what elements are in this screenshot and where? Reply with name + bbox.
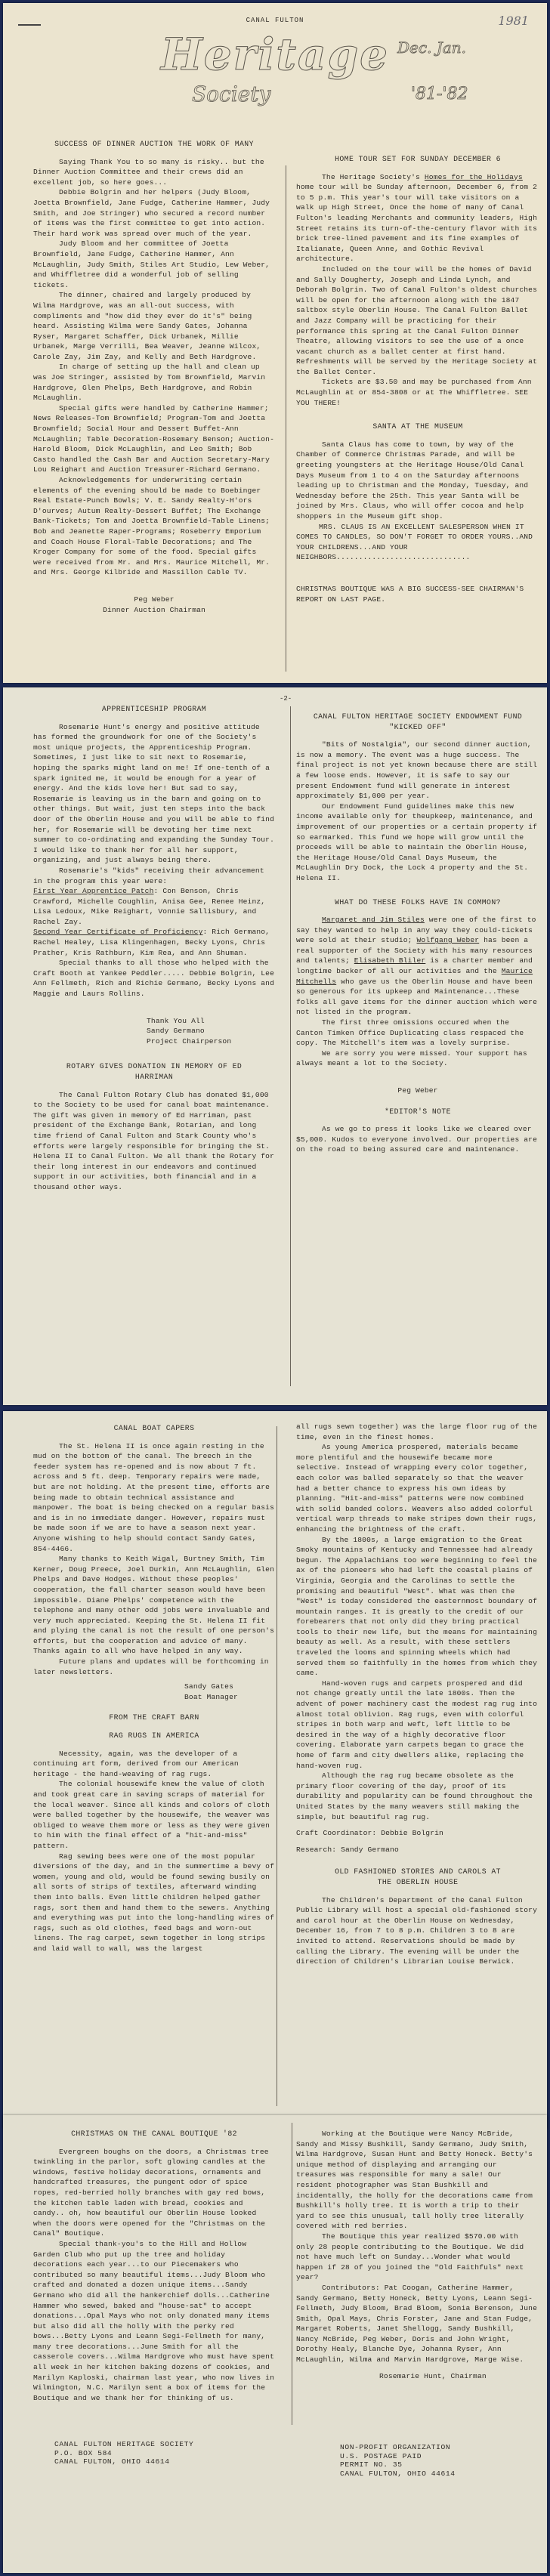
paragraph: The colonial housewife knew the value of…	[33, 1779, 275, 1851]
donor-name: Wolfgang Weber	[417, 936, 480, 944]
article-heading: FROM THE CRAFT BARN	[33, 1713, 275, 1723]
home-tour-article: HOME TOUR SET FOR SUNDAY DECEMBER 6 The …	[296, 147, 539, 604]
canal-boat-article: CANAL BOAT CAPERS The St. Helena II is o…	[33, 1416, 275, 1954]
paragraph: The Children's Department of the Canal F…	[296, 1895, 539, 1967]
paragraph: Margaret and Jim Stiles were one of the …	[296, 915, 539, 1018]
paragraph: As young America prospered, materials be…	[296, 1442, 539, 1534]
postage-line: CANAL FULTON, OHIO 44614	[340, 2469, 456, 2479]
signature-name: Peg Weber	[296, 1086, 539, 1096]
donor-name: Margaret and Jim Stiles	[322, 916, 425, 924]
article-heading: WHAT DO THESE FOLKS HAVE IN COMMON?	[296, 897, 539, 908]
paragraph: The Heritage Society's Homes for the Hol…	[296, 172, 539, 264]
signature-title: Boat Manager	[184, 1692, 275, 1703]
paragraph: MRS. CLAUS IS AN EXCELLENT SALESPERSON W…	[296, 522, 539, 563]
signature-block: Sandy Gates Boat Manager	[33, 1682, 275, 1702]
credit-line: Research: Sandy Germano	[296, 1845, 539, 1855]
article-heading: HOME TOUR SET FOR SUNDAY DECEMBER 6	[296, 154, 539, 165]
paragraph: Tickets are $3.50 and may be purchased f…	[296, 377, 539, 408]
paragraph: Included on the tour will be the homes o…	[296, 264, 539, 378]
paragraph: Necessity, again, was the developer of a…	[33, 1749, 275, 1780]
paragraph: The Canal Fulton Rotary Club has donated…	[33, 1090, 275, 1193]
dinner-auction-article: SUCCESS OF DINNER AUCTION THE WORK OF MA…	[33, 131, 275, 615]
paragraph: The St. Helena II is once again resting …	[33, 1441, 275, 1555]
newsletter-page-4: CHRISTMAS ON THE CANAL BOUTIQUE '82 Ever…	[3, 2115, 547, 2573]
paragraph: Our Endowment Fund guidelines make this …	[296, 802, 539, 884]
donor-name: Elisabeth Bliler	[354, 956, 426, 965]
paragraph: CHRISTMAS BOUTIQUE WAS A BIG SUCCESS-SEE…	[296, 584, 539, 604]
event-name: Homes for the Holidays	[425, 173, 523, 181]
column-divider	[286, 165, 286, 672]
paragraph: all rugs sewn together) was the large fl…	[296, 1422, 539, 1442]
endowment-article: CANAL FULTON HERITAGE SOCIETY ENDOWMENT …	[296, 704, 539, 1155]
paragraph: Second Year Certificate of Proficiency: …	[33, 927, 275, 958]
apprenticeship-article: APPRENTICESHIP PROGRAM Rosemarie Hunt's …	[33, 697, 275, 1193]
paragraph: Contributors: Pat Coogan, Catherine Hamm…	[296, 2283, 539, 2365]
paragraph: Future plans and updates will be forthco…	[33, 1657, 275, 1677]
credit-line: Craft Coordinator: Debbie Bolgrin	[296, 1828, 539, 1839]
boutique-article-continued: Working at the Boutique were Nancy McBri…	[296, 2129, 539, 2381]
signature-name: Peg Weber	[33, 595, 275, 605]
paragraph: Many thanks to Keith Wigal, Burtney Smit…	[33, 1554, 275, 1657]
signature-block: Peg Weber Dinner Auction Chairman	[33, 595, 275, 615]
paragraph: Rag sewing bees were one of the most pop…	[33, 1852, 275, 1954]
newsletter-page-2: -2- APPRENTICESHIP PROGRAM Rosemarie Hun…	[3, 687, 547, 1405]
masthead-issue-months: Dec. Jan.	[397, 39, 466, 56]
paragraph: Rosemarie's "kids" receiving their advan…	[33, 866, 275, 886]
signature-closing: Thank You All	[147, 1016, 275, 1027]
paragraph: Evergreen boughs on the doors, a Christm…	[33, 2147, 275, 2239]
address-line: P.O. BOX 584	[54, 2449, 193, 2458]
paragraph: "Bits of Nostalgia", our second dinner a…	[296, 740, 539, 802]
postage-line: U.S. POSTAGE PAID	[340, 2452, 456, 2461]
paragraph: Special gifts were handled by Catherine …	[33, 403, 275, 475]
masthead-issue-year: '81-'82	[411, 85, 468, 103]
paragraph: Hand-woven rugs and carpets prospered an…	[296, 1679, 539, 1771]
paragraph: Working at the Boutique were Nancy McBri…	[296, 2129, 539, 2232]
column-divider	[277, 1426, 277, 2106]
address-line: CANAL FULTON HERITAGE SOCIETY	[54, 2440, 193, 2449]
article-heading: CANAL BOAT CAPERS	[33, 1423, 275, 1434]
boutique-article: CHRISTMAS ON THE CANAL BOUTIQUE '82 Ever…	[33, 2121, 275, 2403]
handwritten-year: 1981	[498, 14, 529, 28]
paragraph: By the 1800s, a large emigration to the …	[296, 1535, 539, 1679]
address-line: CANAL FULTON, OHIO 44614	[54, 2457, 193, 2466]
return-address: CANAL FULTON HERITAGE SOCIETY P.O. BOX 5…	[54, 2440, 193, 2466]
masthead-subtitle: Society	[192, 82, 270, 107]
signature-name: Rosemarie Hunt, Chairman	[296, 2371, 539, 2382]
article-heading: *EDITOR'S NOTE	[296, 1107, 539, 1117]
paragraph: Special thanks to all those who helped w…	[33, 958, 275, 999]
newsletter-page-1: CANAL FULTON 1981 Heritage Dec. Jan. Soc…	[3, 3, 547, 683]
paragraph: As we go to press it looks like we clear…	[296, 1124, 539, 1155]
rag-rugs-continued: all rugs sewn together) was the large fl…	[296, 1422, 539, 1967]
newsletter-page-3: CANAL BOAT CAPERS The St. Helena II is o…	[3, 1411, 547, 2129]
paragraph: Judy Bloom and her committee of Joetta B…	[33, 239, 275, 290]
paragraph: Debbie Bolgrin and her helpers (Judy Blo…	[33, 187, 275, 239]
column-divider	[292, 2123, 292, 2425]
paragraph: The dinner, chaired and largely produced…	[33, 290, 275, 362]
paragraph: First Year Apprentice Patch: Con Benson,…	[33, 886, 275, 927]
article-heading: ROTARY GIVES DONATION IN MEMORY OF ED HA…	[33, 1061, 275, 1082]
signature-title: Dinner Auction Chairman	[33, 605, 275, 616]
article-heading: CANAL FULTON HERITAGE SOCIETY ENDOWMENT …	[296, 712, 539, 732]
paragraph: Saying Thank You to so many is risky.. b…	[33, 157, 275, 188]
award-label: First Year Apprentice Patch	[33, 887, 154, 895]
article-heading: OLD FASHIONED STORIES AND CAROLS AT THE …	[296, 1867, 539, 1887]
paragraph: Special thank-you's to the Hill and Holl…	[33, 2239, 275, 2404]
article-heading: CHRISTMAS ON THE CANAL BOUTIQUE '82	[33, 2129, 275, 2139]
paragraph: Acknowledgements for underwriting certai…	[33, 475, 275, 578]
signature-title: Project Chairperson	[147, 1036, 275, 1047]
paragraph: Although the rag rug became obsolete as …	[296, 1771, 539, 1822]
article-subheading: RAG RUGS IN AMERICA	[33, 1731, 275, 1741]
postage-line: NON-PROFIT ORGANIZATION	[340, 2443, 456, 2452]
postage-line: PERMIT NO. 35	[340, 2460, 456, 2469]
page-number: -2-	[280, 695, 292, 703]
paragraph: Santa Claus has come to town, by way of …	[296, 440, 539, 522]
column-divider	[290, 706, 291, 1386]
signature-name: Sandy Germano	[147, 1026, 275, 1036]
article-heading: APPRENTICESHIP PROGRAM	[33, 704, 275, 715]
typed-mark	[18, 24, 41, 26]
article-heading: SUCCESS OF DINNER AUCTION THE WORK OF MA…	[33, 139, 275, 150]
paragraph: The Boutique this year realized $570.00 …	[296, 2232, 539, 2283]
paragraph: In charge of setting up the hall and cle…	[33, 362, 275, 403]
paragraph: Rosemarie Hunt's energy and positive att…	[33, 722, 275, 866]
postage-indicia: NON-PROFIT ORGANIZATION U.S. POSTAGE PAI…	[340, 2443, 456, 2478]
masthead-location: CANAL FULTON	[3, 17, 547, 24]
award-label: Second Year Certificate of Proficiency	[33, 928, 202, 936]
signature-block: Thank You All Sandy Germano Project Chai…	[33, 1016, 275, 1047]
article-heading: SANTA AT THE MUSEUM	[296, 422, 539, 432]
signature-name: Sandy Gates	[184, 1682, 275, 1692]
paragraph: The first three omissions occured when t…	[296, 1018, 539, 1049]
paragraph: We are sorry you were missed. Your suppo…	[296, 1049, 539, 1069]
